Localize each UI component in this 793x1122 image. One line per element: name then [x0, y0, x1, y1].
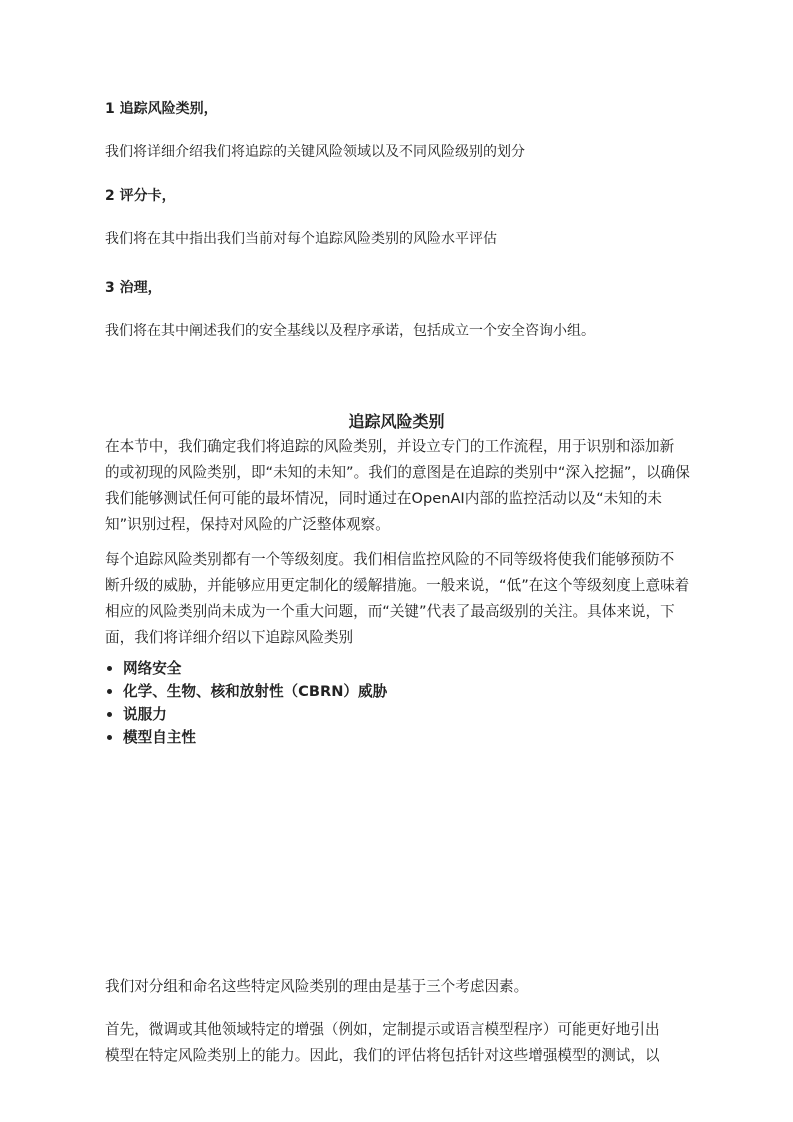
- paragraph-line: 相应的风险类别尚未成为一个重大问题，而“关键”代表了最高级别的关注。具体来说，下: [105, 599, 700, 625]
- paragraph-line: 知”识别过程，保持对风险的广泛整体观察。: [105, 512, 700, 538]
- overview-heading-1: 1 追踪风险类别，: [105, 99, 218, 119]
- bullet-icon: [107, 666, 112, 671]
- risk-category-list: 网络安全 化学、生物、核和放射性（CBRN）威胁 说服力 模型自主性: [105, 657, 387, 749]
- list-item-label: 模型自主性: [123, 729, 196, 746]
- bullet-icon: [107, 735, 112, 740]
- paragraph-line: 首先，微调或其他领域特定的增强（例如，定制提示或语言模型程序）可能更好地引出: [105, 1017, 700, 1043]
- section-paragraph-2: 每个追踪风险类别都有一个等级刻度。我们相信监控风险的不同等级将使我们能够预防不 …: [105, 547, 700, 651]
- overview-heading-3: 3 治理，: [105, 278, 162, 298]
- paragraph-line: 面，我们将详细介绍以下追踪风险类别: [105, 625, 700, 651]
- list-item: 模型自主性: [105, 726, 387, 749]
- list-item-label: 网络安全: [123, 660, 181, 677]
- list-item-label: 说服力: [123, 706, 167, 723]
- overview-heading-2: 2 评分卡，: [105, 186, 176, 206]
- paragraph-line: 模型在特定风险类别上的能力。因此，我们的评估将包括针对这些增强模型的测试，以: [105, 1043, 700, 1069]
- overview-description-3: 我们将在其中阐述我们的安全基线以及程序承诺，包括成立一个安全咨询小组。: [105, 321, 595, 341]
- rationale-first-paragraph: 首先，微调或其他领域特定的增强（例如，定制提示或语言模型程序）可能更好地引出 模…: [105, 1017, 700, 1069]
- paragraph-line: 断升级的威胁，并能够应用更定制化的缓解措施。一般来说，“低”在这个等级刻度上意味…: [105, 573, 700, 599]
- bullet-icon: [107, 712, 112, 717]
- bullet-icon: [107, 689, 112, 694]
- paragraph-line: 每个追踪风险类别都有一个等级刻度。我们相信监控风险的不同等级将使我们能够预防不: [105, 547, 700, 573]
- paragraph-line: 在本节中，我们确定我们将追踪的风险类别，并设立专门的工作流程，用于识别和添加新: [105, 434, 700, 460]
- overview-description-1: 我们将详细介绍我们将追踪的关键风险领域以及不同风险级别的划分: [105, 142, 525, 162]
- list-item: 说服力: [105, 703, 387, 726]
- list-item-label: 化学、生物、核和放射性（CBRN）威胁: [123, 683, 387, 700]
- paragraph-line: 的或初现的风险类别，即“未知的未知”。我们的意图是在追踪的类别中“深入挖掘”，以…: [105, 460, 700, 486]
- rationale-intro: 我们对分组和命名这些特定风险类别的理由是基于三个考虑因素。: [105, 977, 528, 997]
- section-title: 追踪风险类别: [0, 410, 793, 434]
- paragraph-line: 我们能够测试任何可能的最坏情况，同时通过在OpenAI内部的监控活动以及“未知的…: [105, 486, 700, 512]
- overview-description-2: 我们将在其中指出我们当前对每个追踪风险类别的风险水平评估: [105, 229, 497, 249]
- list-item: 网络安全: [105, 657, 387, 680]
- section-paragraph-1: 在本节中，我们确定我们将追踪的风险类别，并设立专门的工作流程，用于识别和添加新 …: [105, 434, 700, 538]
- list-item: 化学、生物、核和放射性（CBRN）威胁: [105, 680, 387, 703]
